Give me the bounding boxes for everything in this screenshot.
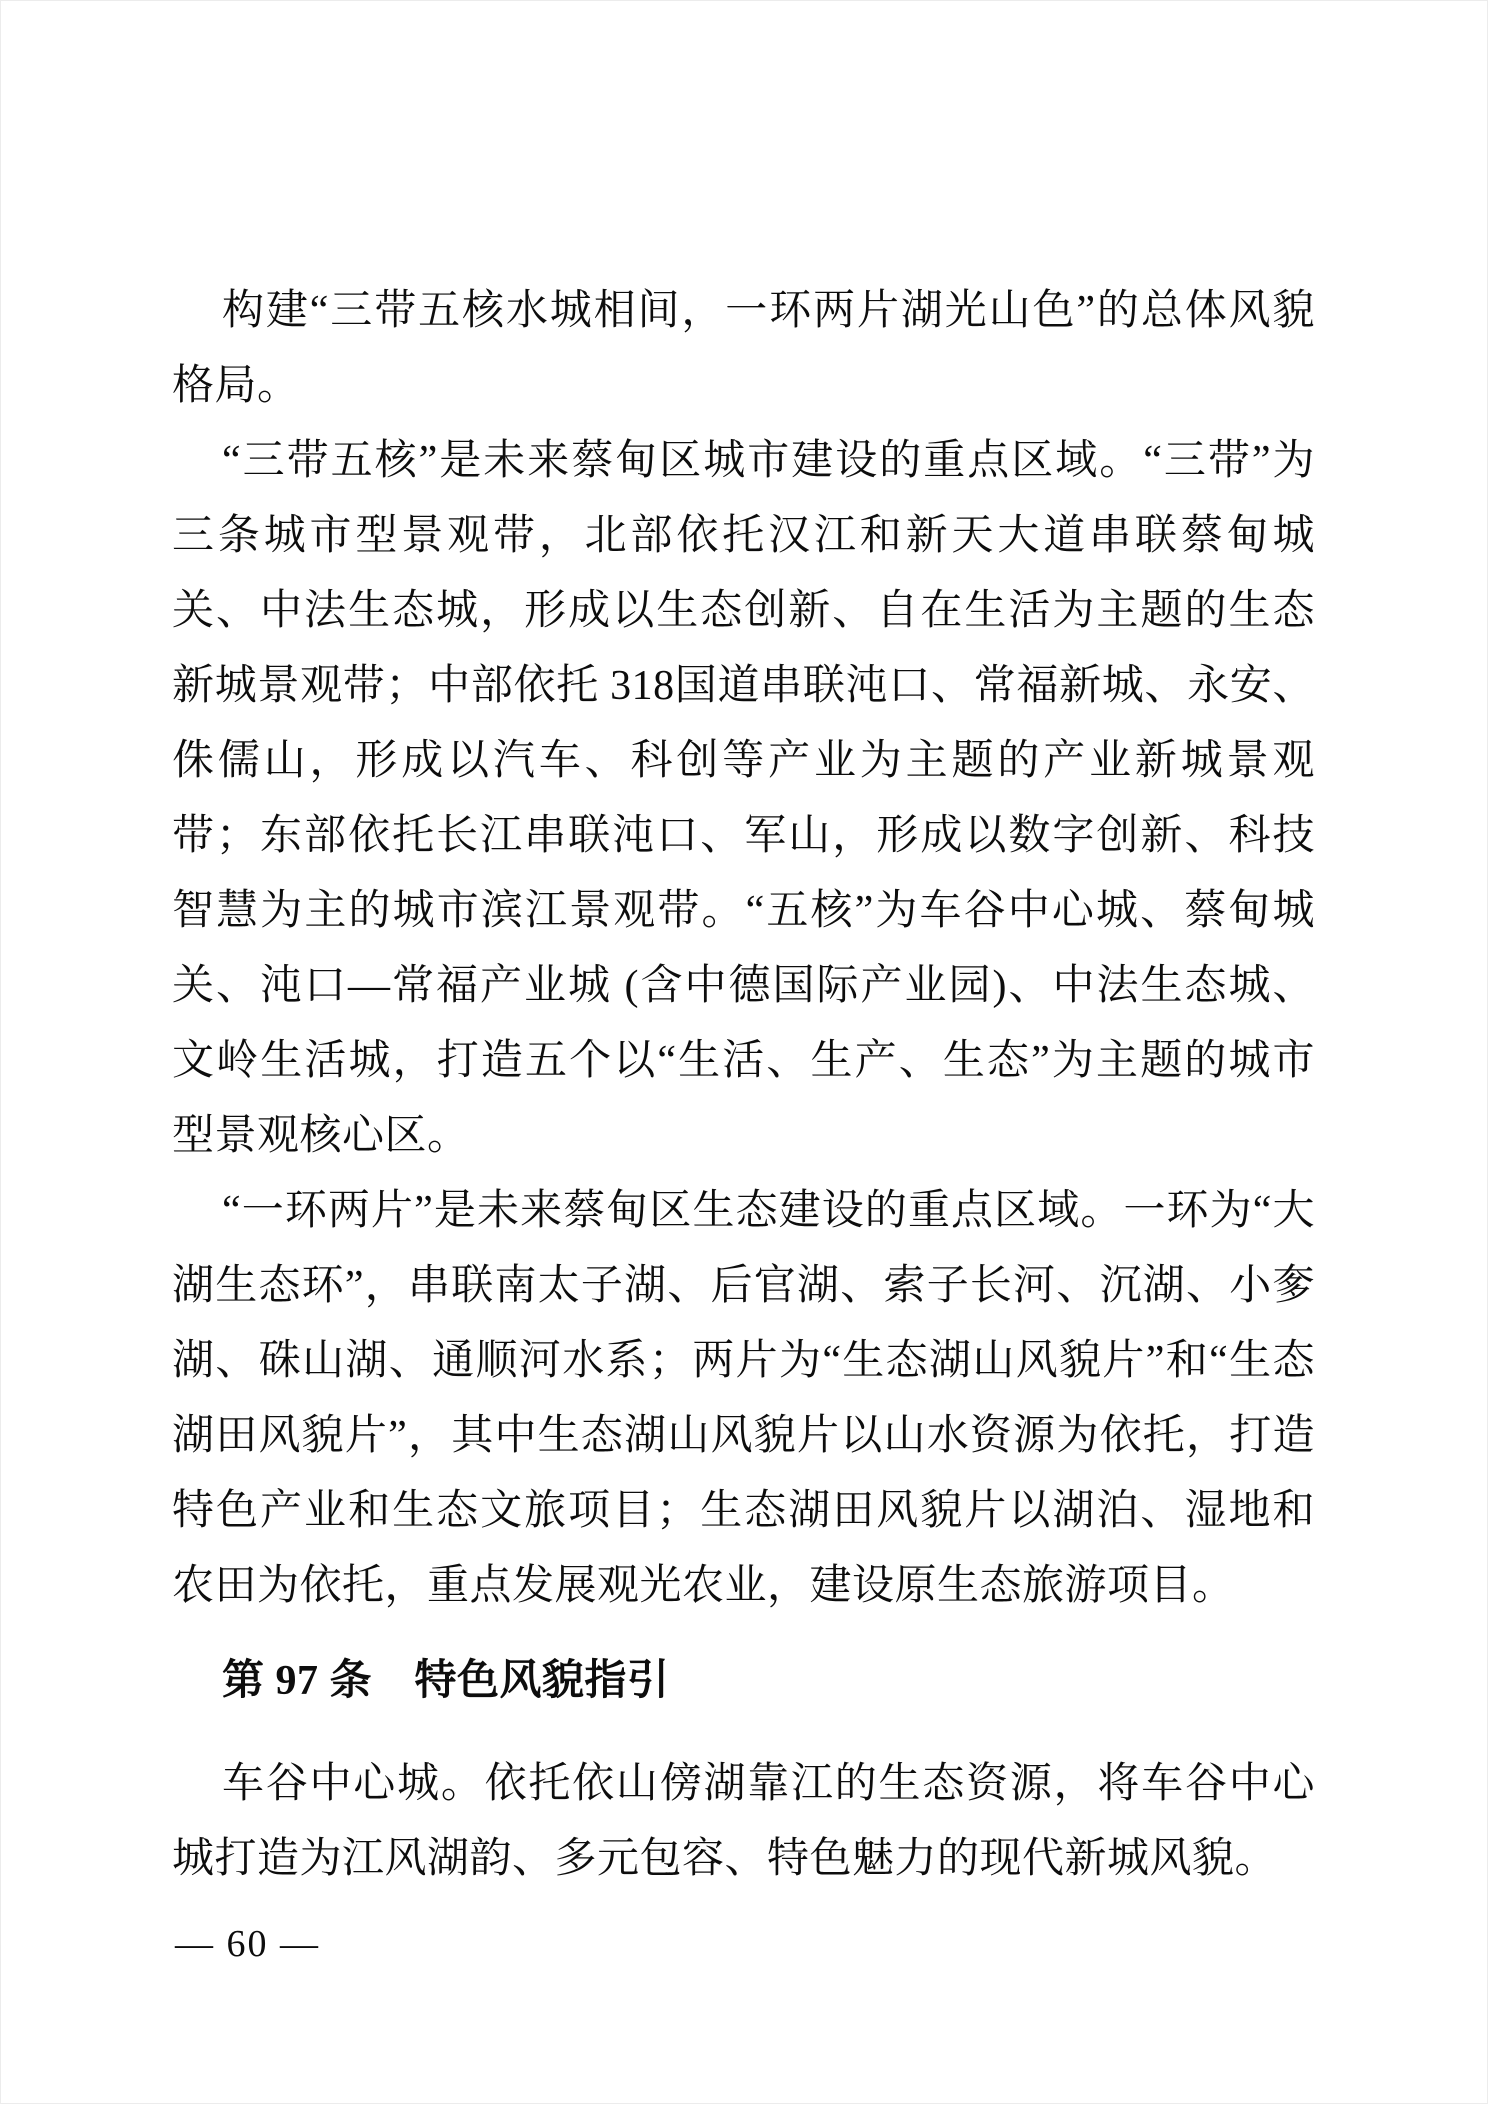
body-paragraph-chegu-center-city: 车谷中心城。依托依山傍湖靠江的生态资源，将车谷中心城打造为江风湖韵、多元包容、特… [172, 1747, 1315, 1897]
body-paragraph-three-belts-five-cores: “三带五核”是未来蔡甸区城市建设的重点区域。“三带”为三条城市型景观带，北部依托… [172, 424, 1315, 1174]
section-heading-article-97: 第 97 条 特色风貌指引 [172, 1644, 1315, 1719]
document-page: 构建“三带五核水城相间，一环两片湖光山色”的总体风貌格局。 “三带五核”是未来蔡… [0, 0, 1488, 2104]
body-paragraph-overall-pattern: 构建“三带五核水城相间，一环两片湖光山色”的总体风貌格局。 [172, 274, 1315, 424]
page-number: — 60 — [175, 1922, 320, 1966]
document-body: 构建“三带五核水城相间，一环两片湖光山色”的总体风貌格局。 “三带五核”是未来蔡… [172, 274, 1315, 1897]
body-paragraph-one-ring-two-areas: “一环两片”是未来蔡甸区生态建设的重点区域。一环为“大湖生态环”，串联南太子湖、… [172, 1174, 1315, 1624]
